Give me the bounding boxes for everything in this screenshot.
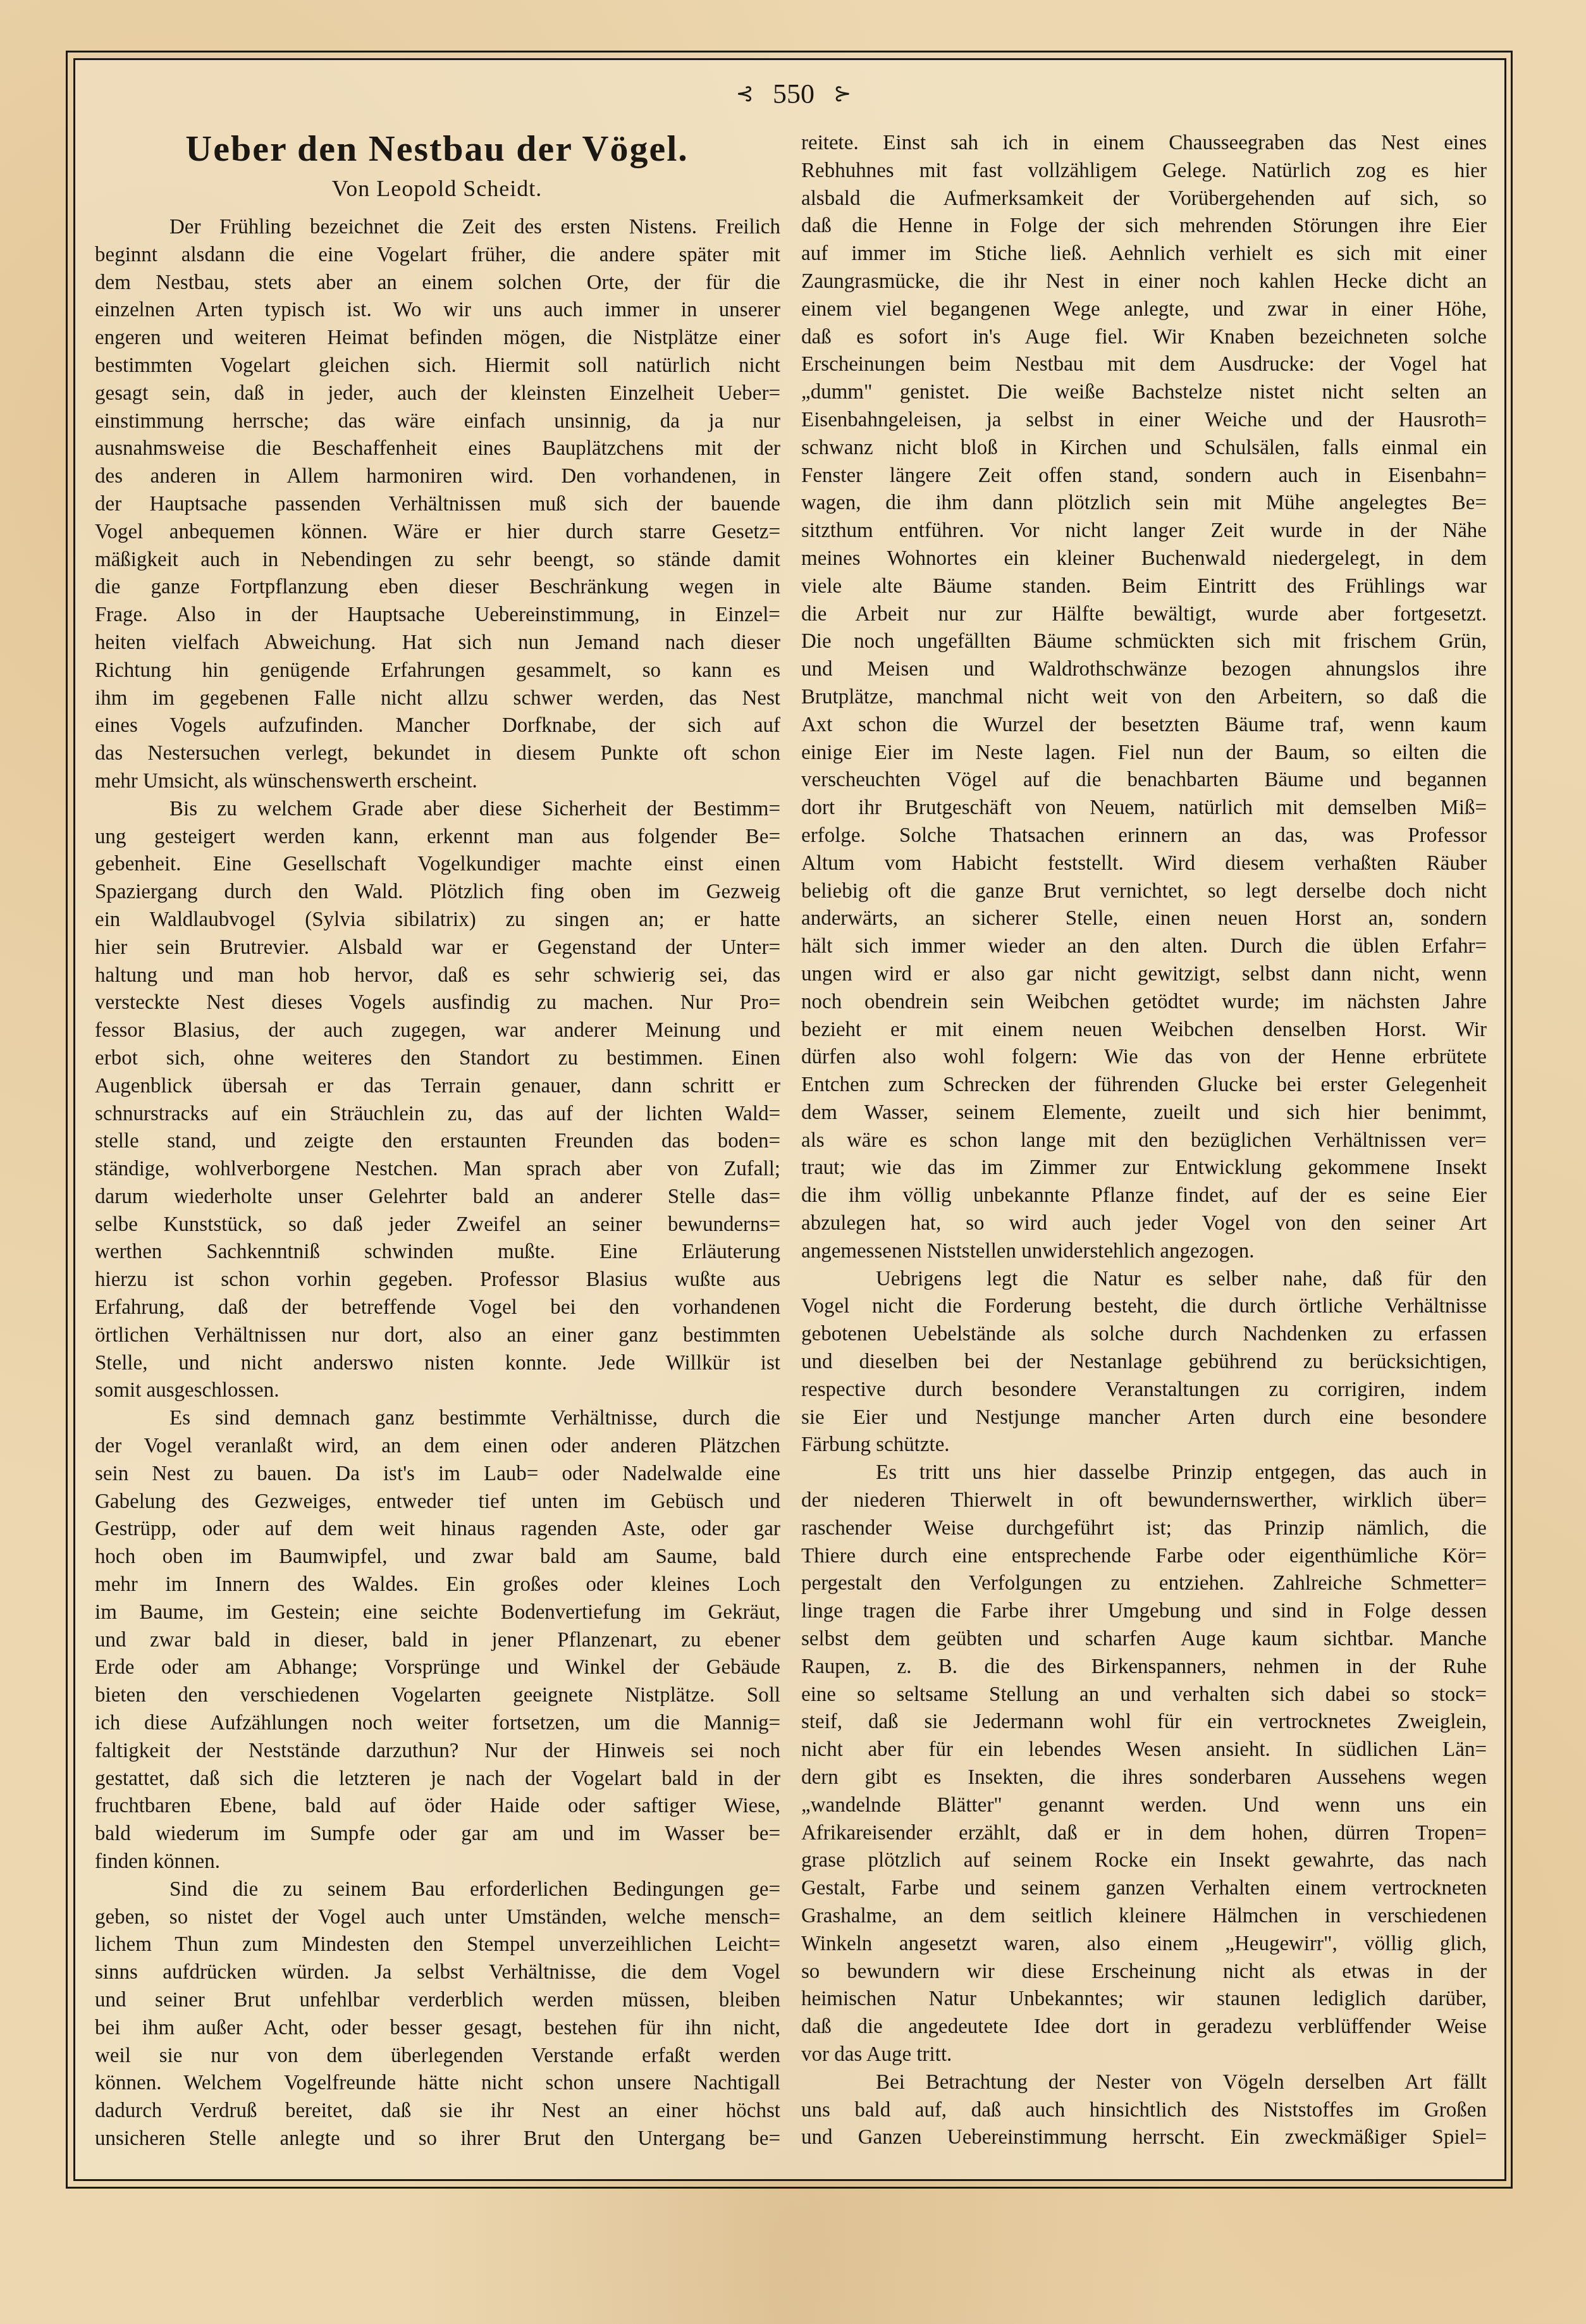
text-line: dadurch Verdruß bereitet, daß sie ihr Ne… (95, 2098, 780, 2125)
text-line: geben, so nistet der Vogel auch unter Um… (95, 1904, 780, 1932)
text-line: beliebig oft die ganze Brut vernichtet, … (801, 878, 1487, 906)
text-line: Bei Betrachtung der Nester von Vögeln de… (801, 2069, 1487, 2097)
text-line: somit ausgeschlossen. (95, 1377, 780, 1405)
text-line: und dieselben bei der Nestanlage gebühre… (801, 1349, 1487, 1376)
text-line: Vogel anbequemen können. Wäre er hier du… (95, 519, 780, 547)
text-line: werthen Sachkenntniß schwinden mußte. Ei… (95, 1239, 780, 1266)
page-number: 550 (773, 78, 815, 110)
text-line: heimischen Natur Unbekanntes; wir staune… (801, 1986, 1487, 2013)
text-line: respective durch besondere Veranstaltung… (801, 1376, 1487, 1404)
text-line: dem Wasser, seinem Elemente, zueilt und … (801, 1099, 1487, 1127)
text-line: können. Welchem Vogelfreunde hätte nicht… (95, 2070, 780, 2098)
ornament-left-icon: ⊰ (736, 78, 754, 110)
text-line: Richtung hin genügende Erfahrungen gesam… (95, 657, 780, 685)
text-line: und zwar bald in dieser, bald in jener P… (95, 1627, 780, 1655)
text-line: die ganze Fortpflanzung eben dieser Besc… (95, 574, 780, 602)
text-line: meines Wohnortes ein kleiner Buchenwald … (801, 545, 1487, 573)
text-line: hierzu ist schon vorhin gegeben. Profess… (95, 1266, 780, 1294)
text-line: Grashalme, an dem seitlich kleinere Hälm… (801, 1903, 1487, 1931)
text-line: abzulegen hat, so wird auch jeder Vogel … (801, 1210, 1487, 1238)
text-line: steif, daß sie Jedermann wohl für ein ve… (801, 1709, 1487, 1736)
text-line: gesagt sein, daß in jeder, auch der klei… (95, 380, 780, 408)
text-line: hoch oben im Baumwipfel, und zwar bald a… (95, 1543, 780, 1571)
text-line: selbe Kunststück, so daß jeder Zweifel a… (95, 1211, 780, 1239)
text-line: stelle stand, und zeigte den erstaunten … (95, 1128, 780, 1156)
text-line: Erfahrung, daß der betreffende Vogel bei… (95, 1294, 780, 1322)
text-line: mäßigkeit auch in Nebendingen zu sehr be… (95, 547, 780, 574)
text-line: Die noch ungefällten Bäume schmückten si… (801, 628, 1487, 656)
text-line: pergestalt den Verfolgungen zu entziehen… (801, 1570, 1487, 1598)
text-line: und Ganzen Uebereinstimmung herrscht. Ei… (801, 2124, 1487, 2152)
text-line: bezieht er mit einem neuen Weibchen dens… (801, 1017, 1487, 1044)
text-line: Sind die zu seinem Bau erforderlichen Be… (95, 1876, 780, 1904)
text-line: Färbung schützte. (801, 1431, 1487, 1459)
text-line: einstimmung herrsche; das wäre einfach u… (95, 408, 780, 436)
text-line: bald wiederum im Sumpfe oder gar am und … (95, 1820, 780, 1848)
text-line: dern gibt es Insekten, die ihres sonderb… (801, 1764, 1487, 1792)
text-line: fruchtbaren Ebene, bald auf öder Haide o… (95, 1793, 780, 1820)
text-line: Es tritt uns hier dasselbe Prinzip entge… (801, 1459, 1487, 1487)
text-line: verscheuchten Vögel auf die benachbarten… (801, 767, 1487, 794)
text-line: Gestalt, Farbe und seinem ganzen Verhalt… (801, 1875, 1487, 1903)
text-line: ungen wird er also gar nicht gewitzigt, … (801, 961, 1487, 989)
text-line: daß die Henne in Folge der sich mehrende… (801, 213, 1487, 240)
text-line: Bis zu welchem Grade aber diese Sicherhe… (95, 796, 780, 824)
text-line: hier sein Brutrevier. Alsbald war er Geg… (95, 934, 780, 962)
text-column-right: reitete. Einst sah ich in einem Chaussee… (801, 130, 1487, 2152)
text-line: engeren und weiteren Heimat befinden mög… (95, 324, 780, 352)
article-byline: Von Leopold Scheidt. (95, 175, 779, 202)
text-line: angemessenen Niststellen unwiderstehlich… (801, 1238, 1487, 1266)
text-line: wagen, die ihm dann plötzlich sein mit M… (801, 490, 1487, 517)
text-line: Vogel nicht die Forderung besteht, die d… (801, 1293, 1487, 1321)
text-line: auf immer im Stiche ließ. Aehnlich verhi… (801, 240, 1487, 268)
text-line: bei ihm außer Acht, oder besser gesagt, … (95, 2015, 780, 2043)
text-line: „wandelnde Blätter" genannt werden. Und … (801, 1792, 1487, 1820)
text-line: Fenster längere Zeit offen stand, sonder… (801, 462, 1487, 490)
text-line: dort ihr Brutgeschäft von Neuem, natürli… (801, 794, 1487, 822)
text-line: vor das Auge tritt. (801, 2041, 1487, 2069)
text-line: ich diese Aufzählungen noch weiter forts… (95, 1710, 780, 1738)
text-line: Stelle, und nicht anderswo nisten konnte… (95, 1350, 780, 1378)
text-line: der niederen Thierwelt in oft bewunderns… (801, 1487, 1487, 1515)
text-line: traut; wie das im Zimmer zur Entwicklung… (801, 1154, 1487, 1182)
text-line: Entchen zum Schrecken der führenden Gluc… (801, 1072, 1487, 1099)
text-line: gebotenen Uebelstände als solche durch N… (801, 1321, 1487, 1349)
text-line: nicht aber für ein lebendes Wesen ansieh… (801, 1736, 1487, 1764)
text-line: Zaungrasmücke, die ihr Nest in einer noc… (801, 268, 1487, 296)
text-line: Eisenbahngeleisen, ja selbst in einer We… (801, 407, 1487, 435)
text-line: so bewundern wir diese Erscheinung nicht… (801, 1958, 1487, 1986)
text-line: sie Eier und Nestjunge mancher Arten dur… (801, 1404, 1487, 1432)
text-line: finden können. (95, 1848, 780, 1876)
text-line: im Baume, im Gestein; eine seichte Boden… (95, 1599, 780, 1627)
text-line: und Meisen und Waldrothschwänze bezogen … (801, 656, 1487, 684)
text-line: Der Frühling bezeichnet die Zeit des ers… (95, 214, 780, 242)
article-title: Ueber den Nestbau der Vögel. (95, 127, 779, 171)
text-line: ung gesteigert werden kann, erkennt man … (95, 824, 780, 851)
text-line: dürfen also wohl folgern: Wie das von de… (801, 1044, 1487, 1072)
text-line: ausnahmsweise die Beschaffenheit eines B… (95, 435, 780, 463)
text-line: haltung und man hob hervor, daß es sehr … (95, 962, 780, 990)
text-line: der Vogel veranlaßt wird, an dem einen o… (95, 1433, 780, 1461)
text-line: des anderen in Allem harmoniren wird. De… (95, 463, 780, 491)
ornament-right-icon: ⊱ (833, 78, 852, 110)
text-line: Uebrigens legt die Natur es selber nahe,… (801, 1266, 1487, 1294)
text-line: die ihm völlig unbekannte Pflanze findet… (801, 1182, 1487, 1210)
text-line: versteckte Nest dieses Vogels ausfindig … (95, 989, 780, 1017)
text-line: beginnt alsdann die eine Vogelart früher… (95, 242, 780, 269)
text-line: örtlichen Verhältnissen nur dort, also a… (95, 1322, 780, 1350)
text-line: schnurstracks auf ein Sträuchlein zu, da… (95, 1101, 780, 1128)
text-line: ihm im gegebenen Falle nicht allzu schwe… (95, 685, 780, 713)
text-line: lichem Thun zum Mindesten den Stempel un… (95, 1931, 780, 1959)
text-line: alsbald die Aufmerksamkeit der Vorüberge… (801, 185, 1487, 213)
text-line: schwanz nicht bloß in Kirchen und Schuls… (801, 435, 1487, 462)
text-line: und seiner Brut unfehlbar verderblich we… (95, 1987, 780, 2015)
text-line: „dumm" genistet. Die weiße Bachstelze ni… (801, 379, 1487, 407)
text-line: Frage. Also in der Hauptsache Uebereinst… (95, 602, 780, 629)
text-line: weil sie nur von dem überlegenden Versta… (95, 2043, 780, 2070)
text-line: erfolge. Solche Thatsachen erinnern an d… (801, 822, 1487, 850)
text-line: Afrikareisender erzählt, daß er in dem h… (801, 1820, 1487, 1848)
text-line: uns bald auf, daß auch hinsichtlich des … (801, 2097, 1487, 2125)
text-line: hält sich immer wieder an den alten. Dur… (801, 933, 1487, 961)
text-line: der Hauptsache passenden Verhältnissen m… (95, 491, 780, 519)
text-line: Altum vom Habicht feststellt. Wird diese… (801, 850, 1487, 878)
text-line: gebenheit. Eine Gesellschaft Vogelkundig… (95, 851, 780, 879)
text-line: einige Eier im Neste lagen. Fiel nun der… (801, 739, 1487, 767)
text-line: einem viel begangenen Wege anlegte, und … (801, 296, 1487, 324)
text-line: anderwärts, an sicherer Stelle, einen ne… (801, 905, 1487, 933)
text-line: reitete. Einst sah ich in einem Chaussee… (801, 130, 1487, 158)
text-line: Gabelung des Gezweiges, entweder tief un… (95, 1488, 780, 1516)
text-line: Axt schon die Wurzel der besetzten Bäume… (801, 712, 1487, 739)
text-line: Rebhuhnes mit fast vollzähligem Gelege. … (801, 158, 1487, 185)
text-line: heiten vielfach Abweichung. Hat sich nun… (95, 629, 780, 657)
text-line: das Nestersuchen verlegt, bekundet in di… (95, 740, 780, 768)
text-line: als wäre es schon lange mit den bezüglic… (801, 1127, 1487, 1155)
text-line: selbst dem geübten und scharfen Auge kau… (801, 1626, 1487, 1653)
text-line: Brutplätze, manchmal nicht weit von den … (801, 684, 1487, 712)
text-line: daß es sofort in's Auge fiel. Wir Knaben… (801, 324, 1487, 352)
text-line: raschender Weise durchgeführt ist; das P… (801, 1515, 1487, 1543)
text-line: ständige, wohlverborgene Nestchen. Man s… (95, 1156, 780, 1184)
text-line: einzelnen Arten typisch ist. Wo wir uns … (95, 297, 780, 324)
text-line: die Arbeit nur zur Hälfte bewältigt, wur… (801, 601, 1487, 629)
text-line: dem Nestbau, stets aber an einem solchen… (95, 269, 780, 297)
text-line: bestimmten Vogelart gleichen sich. Hierm… (95, 352, 780, 380)
text-line: fessor Blasius, der auch zugegen, war an… (95, 1017, 780, 1045)
text-line: Erde oder am Abhange; Vorsprünge und Win… (95, 1654, 780, 1682)
text-line: Es sind demnach ganz bestimmte Verhältni… (95, 1405, 780, 1433)
text-line: eine so seltsame Stellung an und verhalt… (801, 1681, 1487, 1709)
text-line: gestattet, daß sich die letzteren je nac… (95, 1765, 780, 1793)
page-header: ⊰ 550 ⊱ (715, 78, 873, 110)
text-line: mehr im Innern des Waldes. Ein großes od… (95, 1571, 780, 1599)
text-line: sitzthum entführen. Vor nicht langer Zei… (801, 517, 1487, 545)
text-line: faltigkeit der Neststände darzuthun? Nur… (95, 1738, 780, 1765)
text-line: grase plötzlich auf seinem Rocke ein Ins… (801, 1847, 1487, 1875)
text-line: Thiere durch eine entsprechende Farbe od… (801, 1543, 1487, 1571)
text-line: noch obendrein sein Weibchen getödtet wu… (801, 989, 1487, 1017)
text-line: Winkeln angesetzt waren, also einem „Heu… (801, 1931, 1487, 1958)
text-line: sinns aufdrücken würden. Ja selbst Verhä… (95, 1959, 780, 1987)
text-line: Erscheinungen beim Nestbau mit dem Ausdr… (801, 351, 1487, 379)
text-column-left: Der Frühling bezeichnet die Zeit des ers… (95, 214, 780, 2153)
text-line: unsicheren Stelle anlegte und so ihrer B… (95, 2125, 780, 2153)
text-line: bieten den verschiedenen Vogelarten geei… (95, 1682, 780, 1710)
text-line: Raupen, z. B. die des Birkenspanners, ne… (801, 1653, 1487, 1681)
text-line: daß die angedeutete Idee dort in geradez… (801, 2013, 1487, 2041)
text-line: linge tragen die Farbe ihrer Umgebung un… (801, 1598, 1487, 1626)
text-line: erbot sich, ohne weiteres den Standort z… (95, 1045, 780, 1073)
text-line: ein Waldlaubvogel (Sylvia sibilatrix) zu… (95, 906, 780, 934)
text-line: darum wiederholte unser Gelehrter bald a… (95, 1184, 780, 1211)
text-line: eines Vogels aufzufinden. Mancher Dorfkn… (95, 712, 780, 740)
text-line: Gestrüpp, oder auf dem weit hinaus ragen… (95, 1516, 780, 1543)
text-line: Spaziergang durch den Wald. Plötzlich fi… (95, 879, 780, 906)
text-line: sein Nest zu bauen. Da ist's im Laub= od… (95, 1461, 780, 1488)
text-line: Augenblick übersah er das Terrain genaue… (95, 1073, 780, 1101)
text-line: mehr Umsicht, als wünschenswerth erschei… (95, 768, 780, 796)
text-line: viele alte Bäume standen. Beim Eintritt … (801, 573, 1487, 601)
